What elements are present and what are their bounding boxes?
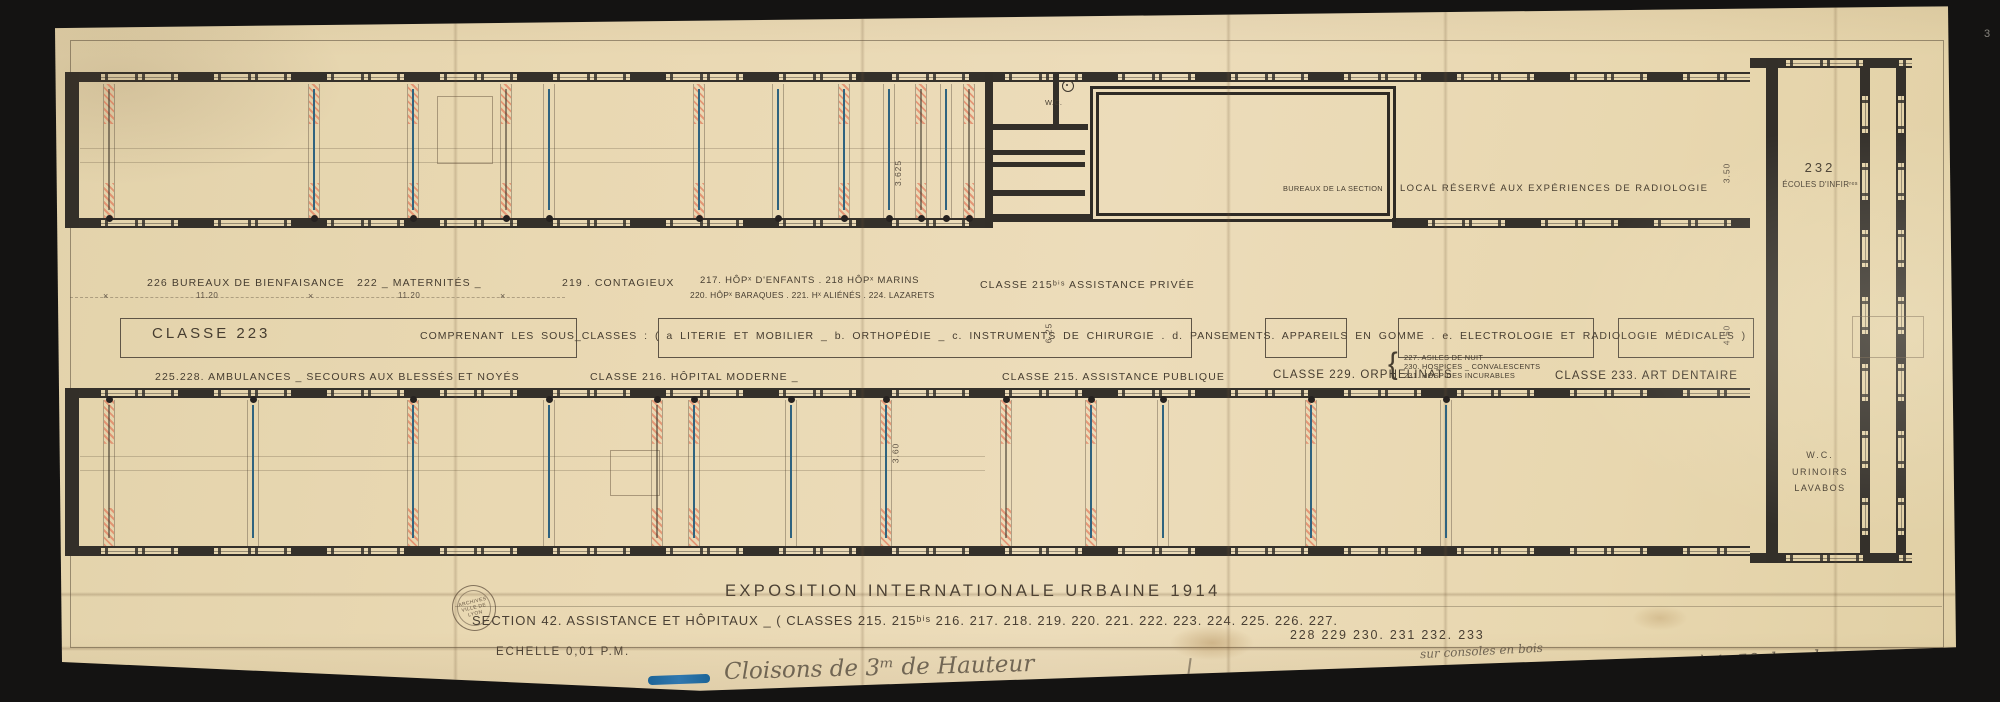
annex-label-230: 230. HOSPICES _ CONVALESCENTS — [1404, 362, 1540, 371]
partition-wall — [651, 400, 663, 546]
room-label-225-228: 225.228. AMBULANCES _ SECOURS AUX BLESSÉ… — [155, 371, 520, 383]
right-wing-vestibule — [1852, 316, 1924, 358]
ruled-line — [455, 606, 1942, 607]
room-label-215: CLASSE 215. ASSISTANCE PUBLIQUE — [1002, 371, 1225, 383]
room-label-215bis: CLASSE 215ᵇⁱˢ ASSISTANCE PRIVÉE — [980, 279, 1195, 291]
top-wing-north-wall — [65, 72, 1750, 82]
partition-wall — [543, 400, 555, 546]
stair-bar — [993, 150, 1085, 155]
partition-wall — [688, 400, 700, 546]
dimension-margin: 3.50 — [1963, 145, 1973, 166]
right-wing-window-wall — [1860, 66, 1870, 553]
dimension-tick — [500, 291, 505, 301]
partition-wall — [308, 84, 320, 218]
partition-wall — [543, 84, 555, 218]
section-subtitle: SECTION 42. ASSISTANCE ET HÔPITAUX _ ( C… — [472, 613, 1338, 629]
partition-wall — [247, 400, 259, 546]
partition-wall — [103, 400, 115, 546]
cluster-wall — [985, 214, 1090, 222]
classes-continued: 228 229 230. 231 232. 233 — [1290, 628, 1484, 642]
partition-wall — [407, 400, 419, 546]
partition-wall — [1000, 400, 1012, 546]
fold-crease — [50, 646, 1955, 651]
dimension-tick — [308, 291, 313, 301]
corridor-line — [80, 456, 985, 457]
partition-wall — [693, 84, 705, 218]
top-wing-west-wall — [65, 72, 79, 228]
partition-wall — [785, 400, 797, 546]
red-legend-swatch — [1276, 676, 1374, 689]
room-dim-222: 11.20 — [398, 291, 420, 300]
dimension-band-right: 4.50 — [1721, 325, 1731, 346]
right-wing-west-wall — [1766, 58, 1778, 563]
room-label-226: 226 BUREAUX DE BIENFAISANCE — [147, 277, 345, 289]
room-label-217-218: 217. HÔPˣ D'ENFANTS . 218 HÔPˣ MARINS — [700, 275, 919, 286]
lavabos-label: LAVABOS — [1782, 483, 1858, 493]
partition-wall — [1305, 400, 1317, 546]
partition-wall — [1157, 400, 1169, 546]
room-label-233: CLASSE 233. ART DENTAIRE — [1555, 370, 1738, 382]
partition-wall — [1440, 400, 1452, 546]
partition-wall — [915, 84, 927, 218]
partition-wall — [963, 84, 975, 218]
wc-label: W.C. — [1045, 98, 1062, 107]
dimension-radiology: 3.50 — [1721, 163, 1731, 184]
classe-223-label: CLASSE 223 — [152, 325, 270, 342]
annex-label-231: 231. HOSPICES INCURABLES — [1404, 371, 1515, 380]
room-label-219: 219 . CONTAGIEUX — [562, 277, 675, 289]
room-dim-226: 11.20 — [196, 291, 218, 300]
pencil-room-outline — [437, 96, 493, 164]
bottom-wing-south-wall — [65, 546, 1750, 556]
partition-wall — [838, 84, 850, 218]
partition-wall — [103, 84, 115, 218]
fold-crease — [50, 592, 1955, 597]
partition-wall — [500, 84, 512, 218]
room-label-216: CLASSE 216. HÔPITAL MODERNE _ — [590, 371, 799, 383]
bottom-wing-north-wall — [65, 388, 1750, 398]
bureaux-section-label: BUREAUX DE LA SECTION — [1283, 184, 1383, 193]
partition-wall — [772, 84, 784, 218]
room-number-232: 232 — [1782, 160, 1858, 175]
corridor-line — [80, 470, 985, 471]
cluster-wall — [993, 190, 1085, 196]
room-label-220-224: 220. HÔPˣ BARAQUES . 221. Hˣ ALIÉNÉS . 2… — [690, 290, 935, 300]
dimension-band-mid: 6.25 — [1043, 323, 1053, 344]
wc-symbol-icon — [1062, 80, 1074, 92]
legend-divider — [1186, 658, 1191, 682]
urinoirs-label: URINOIRS — [1782, 467, 1858, 477]
partition-wall — [1085, 400, 1097, 546]
classe-223-description: COMPRENANT LES SOUS_CLASSES : ( a LITERI… — [420, 330, 1746, 342]
partition-wall — [883, 84, 895, 218]
partition-wall — [407, 84, 419, 218]
room-label-222: 222 _ MATERNITÉS _ — [357, 277, 482, 289]
partition-wall — [880, 400, 892, 546]
stamp-line: ARCHIVES — [458, 596, 487, 609]
drawing-sheet: W.C. BUREAUX DE LA SECTION LOCAL RÉSERVÉ… — [0, 0, 2000, 702]
scan-background: W.C. BUREAUX DE LA SECTION LOCAL RÉSERVÉ… — [0, 0, 2000, 702]
blue-legend-note: Cloisons de 3ᵐ de Hauteur — [724, 651, 1035, 685]
ecole-infirmieres-label: ÉCOLES D'INFIRʳᵉˢ — [1778, 180, 1862, 189]
annex-brace — [1388, 347, 1398, 382]
top-wing-south-wall-left — [65, 218, 990, 228]
dimension-tick — [103, 291, 108, 301]
cluster-wall — [985, 72, 993, 228]
dimension-line — [70, 297, 565, 298]
right-wing-east-wall — [1896, 66, 1906, 553]
page-number: 3 — [1984, 28, 1990, 40]
cluster-wall — [993, 124, 1088, 130]
bottom-wing-west-wall — [65, 388, 79, 556]
wc-label: W.C. — [1782, 450, 1858, 460]
blue-legend-swatch — [648, 674, 710, 685]
stair-bar — [993, 162, 1085, 167]
partition-wall — [940, 84, 952, 218]
heavy-walled-room — [1090, 86, 1396, 222]
